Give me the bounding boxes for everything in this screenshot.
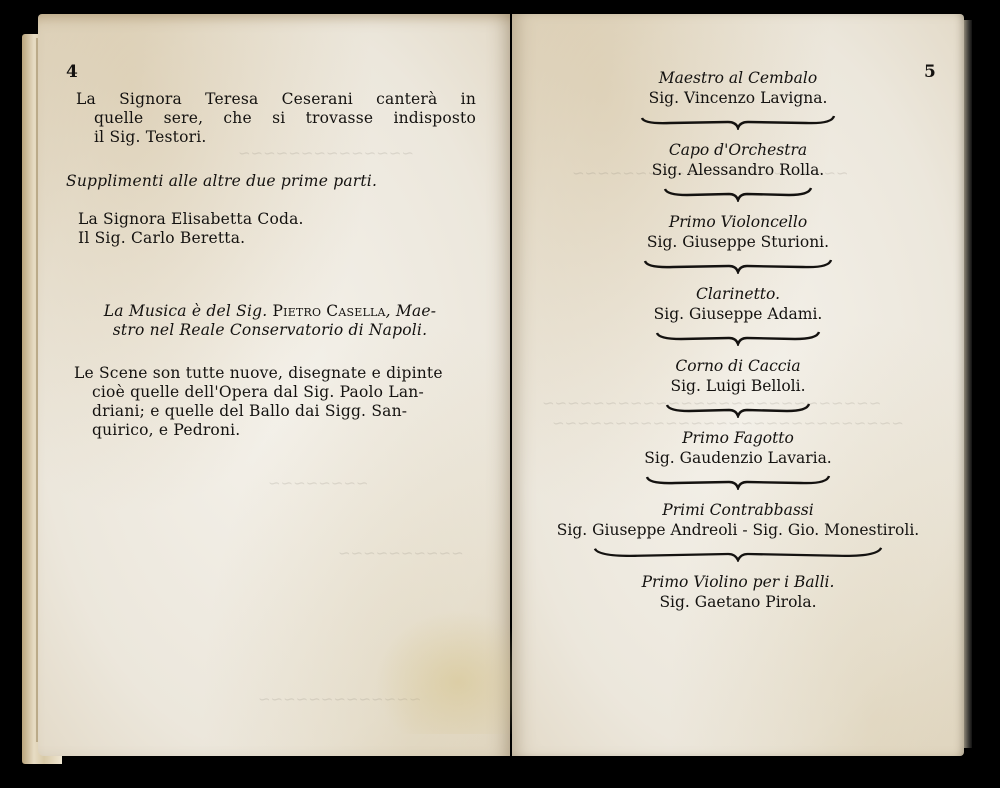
supplementi-heading: Supplimenti alle altre due prime parti.	[66, 172, 466, 191]
musician-name: Sig. Gaetano Pirola.	[512, 592, 964, 612]
orchestra-entry: Maestro al Cembalo Sig. Vincenzo Lavigna…	[512, 68, 964, 130]
orchestra-entry: Primo Violoncello Sig. Giuseppe Sturioni…	[512, 212, 964, 274]
orchestra-entry: Primo Violino per i Balli. Sig. Gaetano …	[512, 572, 964, 612]
instrument-role: Corno di Caccia	[512, 356, 964, 376]
composer-name: Pietro Casella	[273, 302, 386, 320]
orchestra-entry: Primo Fagotto Sig. Gaudenzio Lavaria.	[512, 428, 964, 490]
flourish-divider-icon	[665, 402, 811, 418]
text-line: La Signora Teresa Ceserani canterà in	[76, 90, 476, 109]
instrument-role: Primo Violino per i Balli.	[512, 572, 964, 592]
show-through-text: ~~~~~~~~~~	[338, 544, 464, 562]
musica-prefix: La Musica è del Sig.	[104, 302, 268, 320]
musician-name: Sig. Luigi Belloli.	[512, 376, 964, 396]
flourish-divider-icon	[575, 546, 901, 562]
show-through-text: ~~~~~~~~~~~~~	[258, 690, 421, 708]
instrument-role: Maestro al Cembalo	[512, 68, 964, 88]
flourish-divider-icon	[655, 330, 821, 346]
supplement-name: Il Sig. Carlo Beretta.	[78, 229, 438, 248]
musician-name: Sig. Giuseppe Adami.	[512, 304, 964, 324]
instrument-role: Clarinetto.	[512, 284, 964, 304]
page-number: 4	[66, 62, 78, 82]
flourish-divider-icon	[645, 474, 831, 490]
right-page: ~~~~~~~~~~~~~~~~~~~~~~ ~~~~~~~~~~~~~~~~~…	[512, 14, 964, 756]
scene-paragraph: Le Scene son tutte nuove, disegnate e di…	[74, 364, 474, 440]
open-book: ~~~~~~~~~~~~~~ ~~~~~~~~ ~~~~~~~~~~ ~~~~~…	[0, 0, 1000, 788]
text-line: driani; e quelle del Ballo dai Sigg. San…	[74, 402, 474, 421]
text-line: il Sig. Testori.	[76, 128, 476, 147]
orchestra-entry: Capo d'Orchestra Sig. Alessandro Rolla.	[512, 140, 964, 202]
supplement-name: La Signora Elisabetta Coda.	[78, 210, 438, 229]
orchestra-entry: Primi Contrabbassi Sig. Giuseppe Andreol…	[512, 500, 964, 562]
instrument-role: Primi Contrabbassi	[512, 500, 964, 520]
ceserani-paragraph: La Signora Teresa Ceserani canterà in qu…	[76, 90, 476, 147]
musician-name: Sig. Vincenzo Lavigna.	[512, 88, 964, 108]
flourish-divider-icon	[663, 186, 813, 202]
text-line: cioè quelle dell'Opera dal Sig. Paolo La…	[74, 383, 474, 402]
text-line: quirico, e Pedroni.	[74, 421, 474, 440]
musica-line2: stro nel Reale Conservatorio di Napoli.	[70, 321, 470, 340]
supplementi-names: La Signora Elisabetta Coda. Il Sig. Carl…	[78, 210, 438, 248]
instrument-role: Capo d'Orchestra	[512, 140, 964, 160]
musician-name: Sig. Giuseppe Sturioni.	[512, 232, 964, 252]
instrument-role: Primo Fagotto	[512, 428, 964, 448]
instrument-role: Primo Violoncello	[512, 212, 964, 232]
musician-name: Sig. Alessandro Rolla.	[512, 160, 964, 180]
orchestra-entry: Clarinetto. Sig. Giuseppe Adami.	[512, 284, 964, 346]
orchestra-list: Maestro al Cembalo Sig. Vincenzo Lavigna…	[512, 68, 964, 612]
page-edge-right	[964, 20, 972, 748]
orchestra-entry: Corno di Caccia Sig. Luigi Belloli.	[512, 356, 964, 418]
musica-suffix: , Mae-	[386, 302, 437, 320]
musician-name: Sig. Gaudenzio Lavaria.	[512, 448, 964, 468]
water-stain	[368, 604, 518, 734]
musician-name: Sig. Giuseppe Andreoli - Sig. Gio. Mones…	[512, 520, 964, 540]
flourish-divider-icon	[643, 258, 833, 274]
show-through-text: ~~~~~~~~	[268, 474, 369, 492]
musica-credit: La Musica è del Sig. Pietro Casella, Mae…	[70, 302, 470, 340]
text-line: Le Scene son tutte nuove, disegnate e di…	[74, 364, 474, 383]
text-line: quelle sere, che si trovasse indisposto	[76, 109, 476, 128]
flourish-divider-icon	[640, 114, 836, 130]
